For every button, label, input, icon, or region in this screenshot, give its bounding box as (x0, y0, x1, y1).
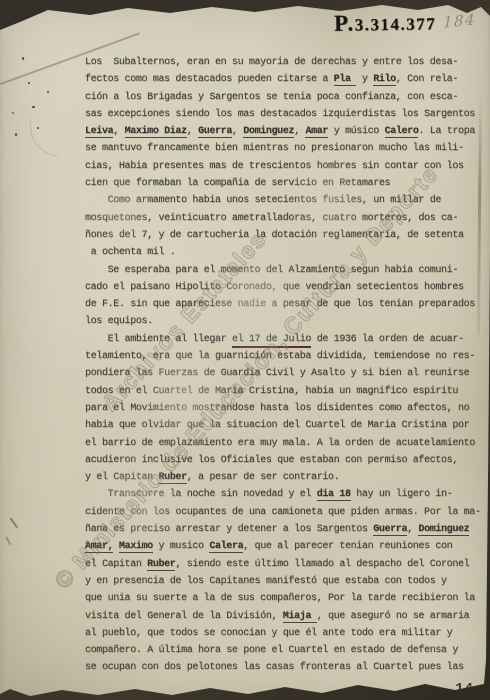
text-line: el Capitan Ruber, siendo este último lla… (85, 556, 487, 573)
text-segment: Los Subalternos, eran en su mayoria de d… (85, 57, 458, 68)
text-segment: telamiento, era que la guarnición estaba… (85, 351, 475, 362)
text-line: Como armamento habia unos setecientos fu… (85, 192, 487, 209)
text-segment: el Capitan (85, 559, 147, 570)
text-segment: y (356, 74, 373, 85)
text-segment: Transcurre la noche sin novedad y el (85, 489, 317, 500)
text-segment: acudieron inclusive los Oficiales que es… (85, 455, 458, 466)
text-segment: hay un ligero in- (351, 489, 453, 500)
text-segment: cien que formaban la compañia de servici… (85, 178, 390, 189)
text-segment: cado el paisano Hipolito Coronado, que v… (85, 282, 464, 293)
text-line: Los Subalternos, eran en su mayoria de d… (85, 54, 487, 71)
text-line: mosquetones, veinticuatro ametralladoras… (85, 210, 487, 227)
text-line: cias, Habia presentes mas de trescientos… (85, 158, 487, 175)
text-segment: Se esperaba para el momento del Alzamien… (85, 265, 458, 276)
text-segment: cidente con los ocupantes de una camione… (85, 507, 481, 518)
text-line: telamiento, era que la guarnición estaba… (85, 348, 487, 365)
text-segment: compañero. A última hora se pone el Cuar… (85, 645, 458, 656)
text-segment: de 1936 la orden de acuar- (311, 334, 464, 345)
text-segment: ñones del 7, y de cartucheria la dotació… (85, 230, 464, 241)
text-line: ñones del 7, y de cartucheria la dotació… (85, 227, 487, 244)
text-segment: , (232, 126, 243, 137)
text-line: Transcurre la noche sin novedad y el dia… (85, 486, 487, 503)
text-line: sas excepciones siendo los mas destacado… (85, 106, 487, 123)
text-line: fectos como mas destacados pueden citars… (85, 71, 487, 88)
page-number-row: -.-14 (433, 679, 474, 697)
text-segment: a ochenta mil . (85, 247, 175, 258)
underlined-text: Calera (209, 541, 243, 553)
text-line: visita del General de la División, Miaja… (85, 608, 487, 625)
pencil-tick (10, 517, 18, 528)
text-segment: y el Capitan (85, 472, 158, 483)
text-segment: , que al parecer tenian reuniones con (243, 541, 452, 552)
text-segment: que unia su suerte a la de sus compañero… (85, 593, 475, 604)
text-segment: y en presencia de los Capitanes manifest… (85, 576, 447, 587)
text-segment: , que aseguró no se armaria (317, 611, 470, 622)
text-segment: fectos como mas destacados pueden citars… (85, 74, 334, 85)
text-segment: Como armamento habia unos setecientos fu… (85, 195, 441, 206)
text-line: al pueblo, que todos se conocian y que é… (85, 625, 487, 642)
text-segment: visita del General de la División, (85, 611, 283, 622)
text-line: acudieron inclusive los Oficiales que es… (85, 452, 487, 469)
text-segment: , (187, 126, 198, 137)
page-number-dashes: -.- (433, 685, 449, 695)
text-segment: se ocupan con dos pelotones las casas fr… (85, 662, 464, 673)
text-segment: . La tropa (418, 126, 475, 137)
ink-speck (47, 91, 49, 93)
text-segment: ción a los Brigadas y Sargentos se tenia… (85, 92, 458, 103)
text-segment: , (294, 126, 305, 137)
text-segment: , (113, 126, 124, 137)
underlined-text: Dominguez (243, 126, 294, 138)
text-segment: los equipos. (85, 316, 153, 327)
paper-crease (30, 95, 92, 157)
ink-speck (28, 82, 30, 84)
text-line: a ochenta mil . (85, 244, 487, 261)
text-line: y el Capitan Ruber, a pesar de ser contr… (85, 469, 487, 486)
underlined-text: Rilo (373, 74, 396, 86)
text-segment: , a pesar de ser contrario. (187, 472, 340, 483)
text-segment: se mantuvo francamente bien mientras no … (85, 143, 464, 154)
text-line: cidente con los ocupantes de una camione… (85, 504, 487, 521)
text-line: compañero. A última hora se pone el Cuar… (85, 642, 487, 659)
underlined-text: Amar (305, 126, 328, 138)
ink-speck (12, 112, 14, 114)
text-segment: y músico (328, 126, 385, 137)
text-segment: , siendo este último llamado al despacho… (175, 559, 469, 570)
text-line: los equipos. (85, 313, 487, 330)
underlined-text: Pla (334, 74, 357, 86)
text-line: ñana es preciso arrestar y detener a los… (85, 521, 487, 538)
text-segment: mosquetones, veinticuatro ametralladoras… (85, 213, 458, 224)
text-segment: El ambiente al llegar (85, 334, 232, 345)
ink-speck (15, 133, 17, 136)
underlined-text: el 17 de Julio (232, 334, 311, 348)
underlined-text: Leiva (85, 126, 113, 138)
underlined-text: Ruber (158, 472, 186, 484)
text-segment: el barrio de emplazamiento era muy mala.… (85, 438, 475, 449)
ink-speck (32, 106, 35, 108)
text-segment: , (407, 524, 418, 535)
text-line: Se esperaba para el momento del Alzamien… (85, 262, 487, 279)
text-line: El ambiente al llegar el 17 de Julio de … (85, 331, 487, 348)
text-segment: ñana es preciso arrestar y detener a los… (85, 524, 373, 535)
text-line: todos en el Cuartel de Maria Cristina, h… (85, 383, 487, 400)
pencil-tick (6, 536, 12, 545)
ink-speck (37, 127, 39, 129)
underlined-text: dia 18 (317, 489, 351, 501)
text-segment: de F.E. sin que apareciese nadie a pesar… (85, 299, 475, 310)
text-line: de F.E. sin que apareciese nadie a pesar… (85, 296, 487, 313)
underlined-text: Guerra (373, 524, 407, 536)
underlined-text: Maximo (119, 541, 153, 553)
text-line: cado el paisano Hipolito Coronado, que v… (85, 279, 487, 296)
text-line: ción a los Brigadas y Sargentos se tenia… (85, 89, 487, 106)
document-page: P.3.314.377 184 Los Subalternos, eran en… (0, 0, 490, 700)
ink-speck (22, 57, 24, 60)
text-segment: , Con rela- (396, 74, 458, 85)
underlined-text: Calero (385, 126, 419, 138)
underlined-text: Guerra (198, 126, 232, 138)
text-line: habia que olvidar que la situacion del C… (85, 417, 487, 434)
underlined-text: Miaja (283, 611, 317, 623)
text-segment: y musico (153, 541, 210, 552)
text-line: Amar, Maximo y musico Calera, que al par… (85, 538, 487, 555)
text-segment: cias, Habia presentes mas de trescientos… (85, 161, 464, 172)
page-number: 14 (455, 681, 474, 697)
text-line: se ocupan con dos pelotones las casas fr… (85, 659, 487, 676)
scan-background: P.3.314.377 184 Los Subalternos, eran en… (0, 0, 490, 700)
text-line: pondiera las Fuerzas de Guardia Civil y … (85, 365, 487, 382)
text-line: cien que formaban la compañia de servici… (85, 175, 487, 192)
text-segment: para el Movimiento mostrandose hasta los… (85, 403, 469, 414)
reference-number-stamp: P.3.314.377 (334, 9, 437, 36)
text-line: y en presencia de los Capitanes manifest… (85, 573, 487, 590)
text-segment: habia que olvidar que la situacion del C… (85, 420, 469, 431)
text-line: el barrio de emplazamiento era muy mala.… (85, 435, 487, 452)
underlined-text: Amar, (85, 541, 113, 553)
text-line: para el Movimiento mostrandose hasta los… (85, 400, 487, 417)
text-segment: pondiera las Fuerzas de Guardia Civil y … (85, 368, 469, 379)
underlined-text: Maximo Diaz (125, 126, 187, 138)
typewritten-text: Los Subalternos, eran en su mayoria de d… (85, 54, 487, 677)
underlined-text: Dominguez (418, 524, 469, 536)
underlined-text: Ruber (147, 559, 175, 571)
text-line: Leiva, Maximo Diaz, Guerra, Dominguez, A… (85, 123, 487, 140)
text-segment: todos en el Cuartel de Maria Cristina, h… (85, 386, 458, 397)
text-segment: al pueblo, que todos se conocian y que é… (85, 628, 452, 639)
folio-number-pencil: 184 (443, 10, 477, 32)
text-segment: sas excepciones siendo los mas destacado… (85, 109, 475, 120)
text-line: que unia su suerte a la de sus compañero… (85, 590, 487, 607)
text-line: se mantuvo francamente bien mientras no … (85, 140, 487, 157)
